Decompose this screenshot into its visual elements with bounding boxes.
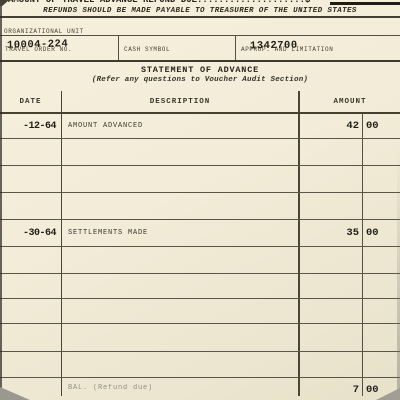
advance-refund-line: AMOUNT OF TRAVEL ADVANCE REFUND DUE.....…: [0, 0, 400, 7]
dollars-cell: 42: [300, 114, 363, 138]
organizational-unit-field: ORGANIZATIONAL UNIT: [0, 18, 400, 36]
cents-cell: [363, 299, 400, 323]
date-cell: [0, 193, 62, 219]
table-row: [0, 299, 400, 324]
dollars-cell: [300, 299, 363, 323]
form-field-row: TRAVEL ORDER NO. 10004-224 CASH SYMBOL A…: [0, 36, 400, 62]
cents-cell: 00: [363, 114, 400, 138]
cents-cell: [363, 274, 400, 298]
dollars-cell: [300, 247, 363, 273]
date-cell: [0, 139, 62, 165]
header-description: DESCRIPTION: [62, 91, 300, 112]
ledger-table: DATE DESCRIPTION AMOUNT -12-64 AMOUNT AD…: [0, 91, 400, 396]
advance-refund-label: AMOUNT OF TRAVEL ADVANCE REFUND DUE.....…: [8, 0, 310, 5]
table-row: [0, 166, 400, 193]
description-cell: [62, 299, 300, 323]
dollars-cell: [300, 193, 363, 219]
cents-cell: [363, 166, 400, 192]
table-row: [0, 247, 400, 274]
description-cell: [62, 247, 300, 273]
dollars-cell: [300, 274, 363, 298]
cents-cell: [363, 247, 400, 273]
description-cell: SETTLEMENTS MADE: [62, 220, 300, 246]
date-cell: [0, 352, 62, 377]
header-amount: AMOUNT: [300, 91, 400, 112]
approp-limitation-field: APPROP. AND LIMITATION 1342700: [235, 36, 400, 60]
date-cell: -12-64: [0, 114, 62, 138]
cents-cell: [363, 193, 400, 219]
amount-fill-line: [330, 2, 400, 5]
description-cell: [62, 166, 300, 192]
cents-cell: [363, 352, 400, 377]
description-cell: [62, 324, 300, 351]
cash-symbol-field: CASH SYMBOL: [118, 36, 235, 60]
description-cell: [62, 274, 300, 298]
table-row: [0, 139, 400, 166]
dollars-cell: [300, 324, 363, 351]
dollars-cell: 35: [300, 220, 363, 246]
date-cell: [0, 166, 62, 192]
dollars-cell: [300, 352, 363, 377]
table-row: [0, 193, 400, 220]
header-date: DATE: [0, 91, 62, 112]
dollars-cell: 7: [300, 378, 363, 396]
table-row: -12-64 AMOUNT ADVANCED 42 00: [0, 114, 400, 139]
dollars-cell: [300, 139, 363, 165]
cents-cell: 00: [363, 220, 400, 246]
description-cell: BAL. (Refund due): [62, 378, 300, 396]
table-row: [0, 352, 400, 378]
date-cell: [0, 324, 62, 351]
cash-symbol-label: CASH SYMBOL: [124, 46, 170, 53]
description-cell: [62, 193, 300, 219]
organizational-unit-label: ORGANIZATIONAL UNIT: [4, 28, 84, 35]
table-row: BAL. (Refund due) 7 00: [0, 378, 400, 396]
refund-notice: REFUNDS SHOULD BE MADE PAYABLE TO TREASU…: [0, 7, 400, 16]
travel-order-value: 10004-224: [7, 38, 69, 52]
cents-cell: [363, 139, 400, 165]
approp-limitation-value: 1342700: [250, 40, 298, 53]
table-row: -30-64 SETTLEMENTS MADE 35 00: [0, 220, 400, 247]
statement-subtitle: (Refer any questions to Voucher Audit Se…: [0, 76, 400, 84]
date-cell: [0, 247, 62, 273]
date-cell: -30-64: [0, 220, 62, 246]
cents-cell: [363, 324, 400, 351]
table-header-row: DATE DESCRIPTION AMOUNT: [0, 91, 400, 114]
scan-edge-left: [0, 0, 2, 400]
advance-statement-form: AMOUNT OF TRAVEL ADVANCE REFUND DUE.....…: [0, 0, 400, 400]
description-cell: [62, 139, 300, 165]
statement-heading: STATEMENT OF ADVANCE (Refer any question…: [0, 62, 400, 91]
date-cell: [0, 274, 62, 298]
date-cell: [0, 299, 62, 323]
travel-order-field: TRAVEL ORDER NO. 10004-224: [0, 36, 118, 60]
dollars-cell: [300, 166, 363, 192]
description-cell: AMOUNT ADVANCED: [62, 114, 300, 138]
table-row: [0, 274, 400, 299]
table-row: [0, 324, 400, 352]
statement-title: STATEMENT OF ADVANCE: [0, 65, 400, 75]
description-cell: [62, 352, 300, 377]
